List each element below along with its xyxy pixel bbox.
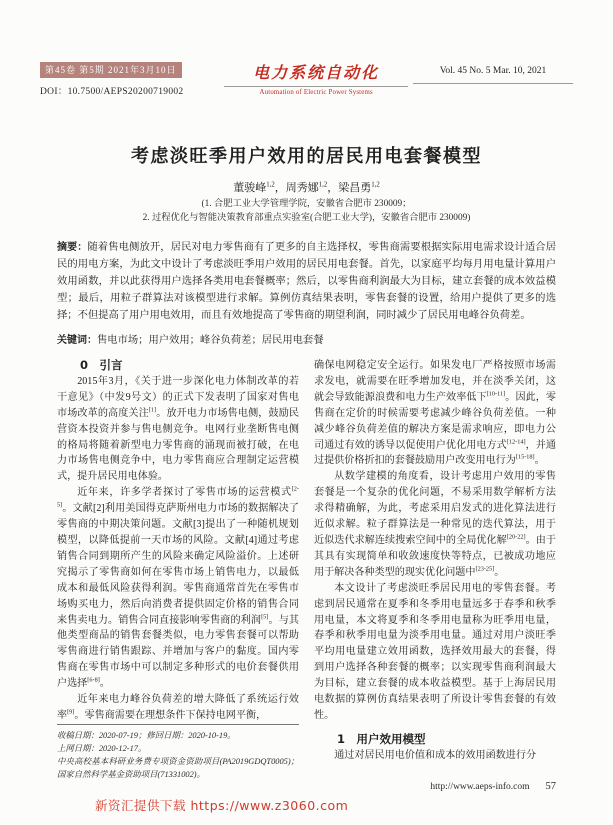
page-number: 57 <box>546 781 557 792</box>
first-page-footnote: 收稿日期：2020-07-19；修回日期：2020-10-19。 上网日期：20… <box>57 724 299 781</box>
affiliations: (1. 合肥工业大学管理学院，安徽省合肥市 230009； 2. 过程优化与智能… <box>0 198 613 225</box>
header-right-block: Vol. 45 No. 5 Mar. 10, 2021 <box>408 60 573 84</box>
section-heading-1: 1 用户效用模型 <box>314 732 556 748</box>
footnote-funding: 中央高校基本科研业务费专项资金资助项目(PA2019GDQT0005)；国家自然… <box>57 755 299 781</box>
download-watermark: 新资汇提供下载 https://www.z3060.com <box>95 796 348 814</box>
footnote-divider <box>57 724 299 725</box>
journal-logo-english: Automation of Electric Power Systems <box>224 89 408 96</box>
paper-title: 考虑淡旺季用户效用的居民用电套餐模型 <box>0 142 613 168</box>
body-paragraph: 近年来电力峰谷负荷差的增大降低了系统运行效率[9]。零售商需要在理想条件下保持电… <box>57 692 299 724</box>
issue-english-text: Vol. 45 No. 5 Mar. 10, 2021 <box>413 66 573 84</box>
journal-logo: 电力系统自动化 Automation of Electric Power Sys… <box>224 60 408 96</box>
section-heading-0: 0 引言 <box>57 358 299 374</box>
affiliation-line-2: 2. 过程优化与智能决策教育部重点实验室(合肥工业大学)，安徽省合肥市 2300… <box>0 212 613 226</box>
body-paragraph: 通过对居民用电价值和成本的效用函数进行分 <box>314 748 556 764</box>
journal-logo-chinese: 电力系统自动化 <box>224 60 408 87</box>
footer-url-line: http://www.aeps-info.com57 <box>430 781 556 792</box>
header-left-block: 第45卷 第5期 2021年3月10日 DOI：10.7500/AEPS2020… <box>40 60 224 97</box>
journal-page: 第45卷 第5期 2021年3月10日 DOI：10.7500/AEPS2020… <box>0 0 613 825</box>
left-column: 0 引言 2015年3月，《关于进一步深化电力体制改革的若干意见》（中发9号文）… <box>57 358 299 770</box>
body-paragraph: 从数学建模的角度看，设计考虑用户效用的零售套餐是一个复杂的优化问题，不易采用数学… <box>314 469 556 580</box>
body-columns: 0 引言 2015年3月，《关于进一步深化电力体制改革的若干意见》（中发9号文）… <box>57 358 556 770</box>
keywords-label: 关键词： <box>57 335 97 346</box>
keywords-text: 售电市场；用户效用；峰谷负荷差；居民用电套餐 <box>97 335 324 346</box>
body-paragraph: 2015年3月，《关于进一步深化电力体制改革的若干意见》（中发9号文）的正式下发… <box>57 374 299 485</box>
doi-text: DOI：10.7500/AEPS20200719002 <box>40 83 224 97</box>
affiliation-line-1: (1. 合肥工业大学管理学院，安徽省合肥市 230009； <box>0 198 613 212</box>
abstract-text: 随着售电侧放开，居民对电力零售商有了更多的自主选择权，零售商需要根据实际用电需求… <box>57 242 556 321</box>
body-paragraph: 确保电网稳定安全运行。如果发电厂严格按照市场需求发电，就需要在旺季增加发电，并在… <box>314 358 556 469</box>
keywords-block: 关键词：售电市场；用户效用；峰谷负荷差；居民用电套餐 <box>57 331 556 346</box>
issue-badge: 第45卷 第5期 2021年3月10日 <box>40 62 182 78</box>
body-paragraph: 本文设计了考虑淡旺季居民用电的零售套餐。考虑到居民通常在夏季和冬季用电量远多于春… <box>314 581 556 724</box>
journal-website-url: http://www.aeps-info.com <box>430 782 529 792</box>
abstract-label: 摘要： <box>57 242 87 253</box>
right-column: 确保电网稳定安全运行。如果发电厂严格按照市场需求发电，就需要在旺季增加发电，并在… <box>314 358 556 770</box>
authors-line: 董骏峰1,2，周秀娜1,2，梁昌勇1,2 <box>0 179 613 195</box>
footnote-online-date: 上网日期：2020-12-17。 <box>57 742 299 755</box>
footnote-received-date: 收稿日期：2020-07-19；修回日期：2020-10-19。 <box>57 729 299 742</box>
page-header: 第45卷 第5期 2021年3月10日 DOI：10.7500/AEPS2020… <box>40 60 573 97</box>
body-paragraph: 近年来，许多学者探讨了零售市场的运营模式[2-5]。文献[2]利用美国得克萨斯州… <box>57 485 299 692</box>
abstract-block: 摘要：随着售电侧放开，居民对电力零售商有了更多的自主选择权，零售商需要根据实际用… <box>57 239 556 324</box>
